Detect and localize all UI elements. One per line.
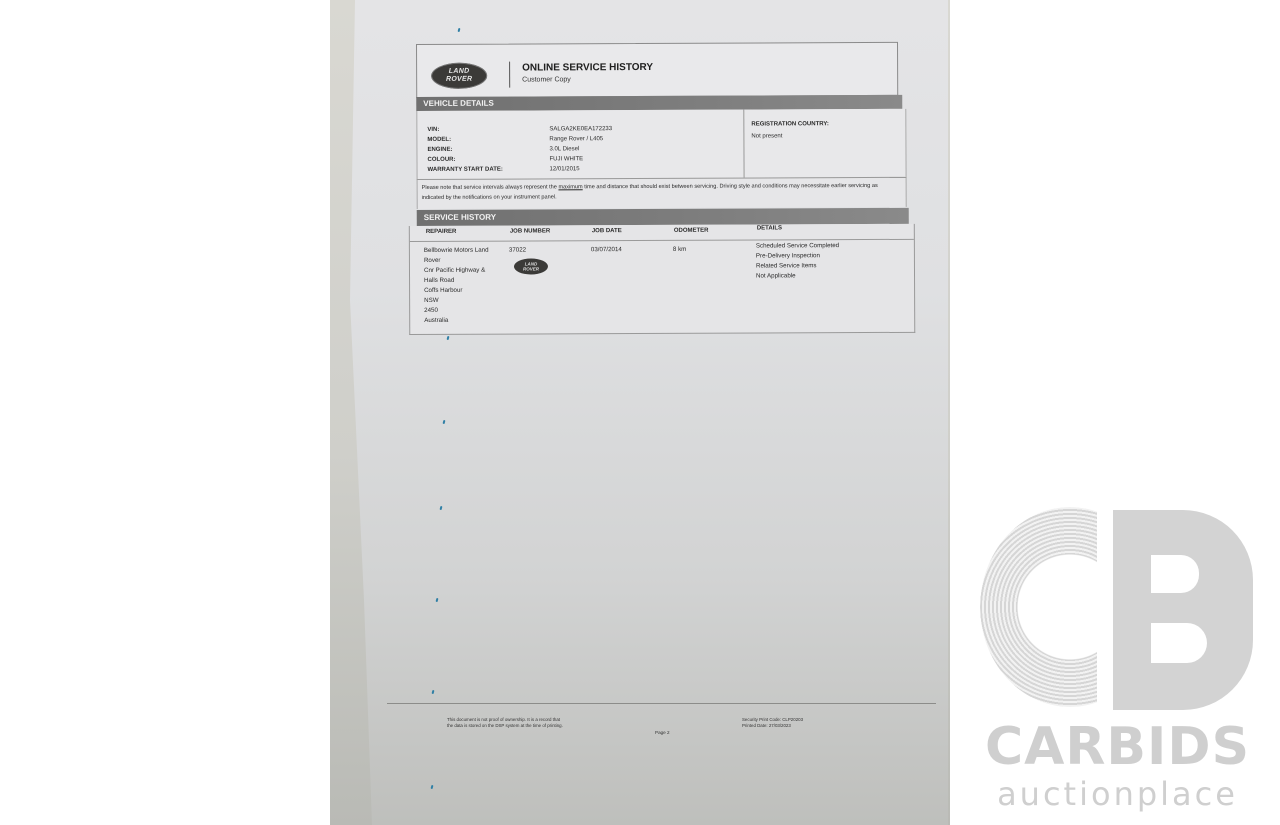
- vehicle-panel-divider: [743, 110, 744, 178]
- page-number: Page 2: [655, 730, 670, 735]
- repairer-line: NSW: [424, 296, 489, 306]
- repairer-line: Cnr Pacific Highway &: [424, 266, 489, 276]
- odometer-cell: 8 km: [673, 245, 686, 255]
- header-divider: [509, 62, 510, 88]
- model-value: Range Rover / L405: [549, 136, 603, 142]
- field-label: VIN:: [427, 126, 549, 133]
- logo-text-line1: LAND: [449, 68, 470, 76]
- column-header-odometer: ODOMETER: [674, 228, 709, 234]
- field-label: MODEL:: [427, 136, 549, 143]
- watermark-brand: CARBIDS: [975, 717, 1260, 777]
- note-text: Please note that service intervals alway…: [422, 184, 559, 191]
- service-history-document: LAND ROVER ONLINE SERVICE HISTORY Custom…: [416, 42, 903, 334]
- registration-country-label: REGISTRATION COUNTRY:: [751, 121, 829, 127]
- job-date-cell: 03/07/2014: [591, 245, 622, 255]
- repairer-line: Coffs Harbour: [424, 286, 489, 296]
- column-header-repairer: REPAIRER: [426, 229, 457, 235]
- details-cell: Scheduled Service Completed Pre-Delivery…: [756, 241, 839, 281]
- note-emphasis: maximum: [558, 184, 582, 190]
- job-number-cell: 37022: [509, 246, 526, 256]
- field-label: ENGINE:: [427, 146, 549, 153]
- disclaimer-line: the data is stored on the DSP system at …: [447, 723, 563, 729]
- column-header-job-number: JOB NUMBER: [510, 228, 550, 234]
- field-label: WARRANTY START DATE:: [428, 166, 550, 173]
- document-header: LAND ROVER ONLINE SERVICE HISTORY Custom…: [416, 42, 898, 98]
- warranty-start-value: 12/01/2015: [550, 166, 580, 172]
- repairer-line: Rover: [424, 256, 489, 266]
- vehicle-fields: VIN: SALGA2KE0EA172233 MODEL: Range Rove…: [427, 124, 612, 175]
- engine-value: 3.0L Diesel: [549, 146, 579, 152]
- service-interval-note: Please note that service intervals alway…: [417, 177, 907, 209]
- vin-value: SALGA2KE0EA172233: [549, 126, 612, 132]
- document-title: ONLINE SERVICE HISTORY: [522, 62, 653, 74]
- details-line: Related Service Items: [756, 261, 839, 271]
- footer-disclaimer: This document is not proof of ownership.…: [447, 717, 563, 729]
- land-rover-logo: LAND ROVER: [431, 63, 487, 89]
- printed-date: Printed Date: 27/03/2023: [742, 723, 803, 729]
- details-line: Not Applicable: [756, 271, 839, 281]
- details-line: Pre-Delivery Inspection: [756, 251, 839, 261]
- details-line: Scheduled Service Completed: [756, 241, 839, 251]
- field-label: COLOUR:: [427, 156, 549, 163]
- watermark-tagline: auctionplace: [975, 775, 1260, 813]
- repairer-line: 2450: [424, 306, 489, 316]
- b-logo-icon: [1113, 510, 1253, 710]
- logo-text-line2: ROVER: [523, 266, 539, 271]
- repairer-line: Halls Road: [424, 276, 489, 286]
- land-rover-dealer-logo: LAND ROVER: [514, 258, 548, 274]
- vehicle-field-row: WARRANTY START DATE: 12/01/2015: [428, 164, 613, 175]
- registration-country: REGISTRATION COUNTRY: Not present: [751, 121, 829, 139]
- footer-divider: [387, 703, 936, 704]
- document-subtitle: Customer Copy: [522, 76, 571, 83]
- carbids-watermark: CARBIDS auctionplace: [975, 505, 1260, 815]
- registration-country-value: Not present: [751, 133, 829, 139]
- repairer-line: Australia: [424, 316, 489, 326]
- repairer-line: Bellbowrie Motors Land: [424, 246, 489, 256]
- column-header-details: DETAILS: [757, 225, 782, 231]
- service-history-table: REPAIRER JOB NUMBER JOB DATE ODOMETER DE…: [409, 224, 915, 335]
- colour-value: FUJI WHITE: [549, 156, 583, 162]
- repairer-cell: Bellbowrie Motors Land Rover Cnr Pacific…: [424, 246, 489, 326]
- logo-text-line2: ROVER: [446, 76, 472, 84]
- footer-print-info: Security Print Code: CLP20203 Printed Da…: [742, 717, 803, 729]
- column-header-job-date: JOB DATE: [592, 228, 622, 234]
- vehicle-details-panel: VIN: SALGA2KE0EA172233 MODEL: Range Rove…: [416, 109, 906, 179]
